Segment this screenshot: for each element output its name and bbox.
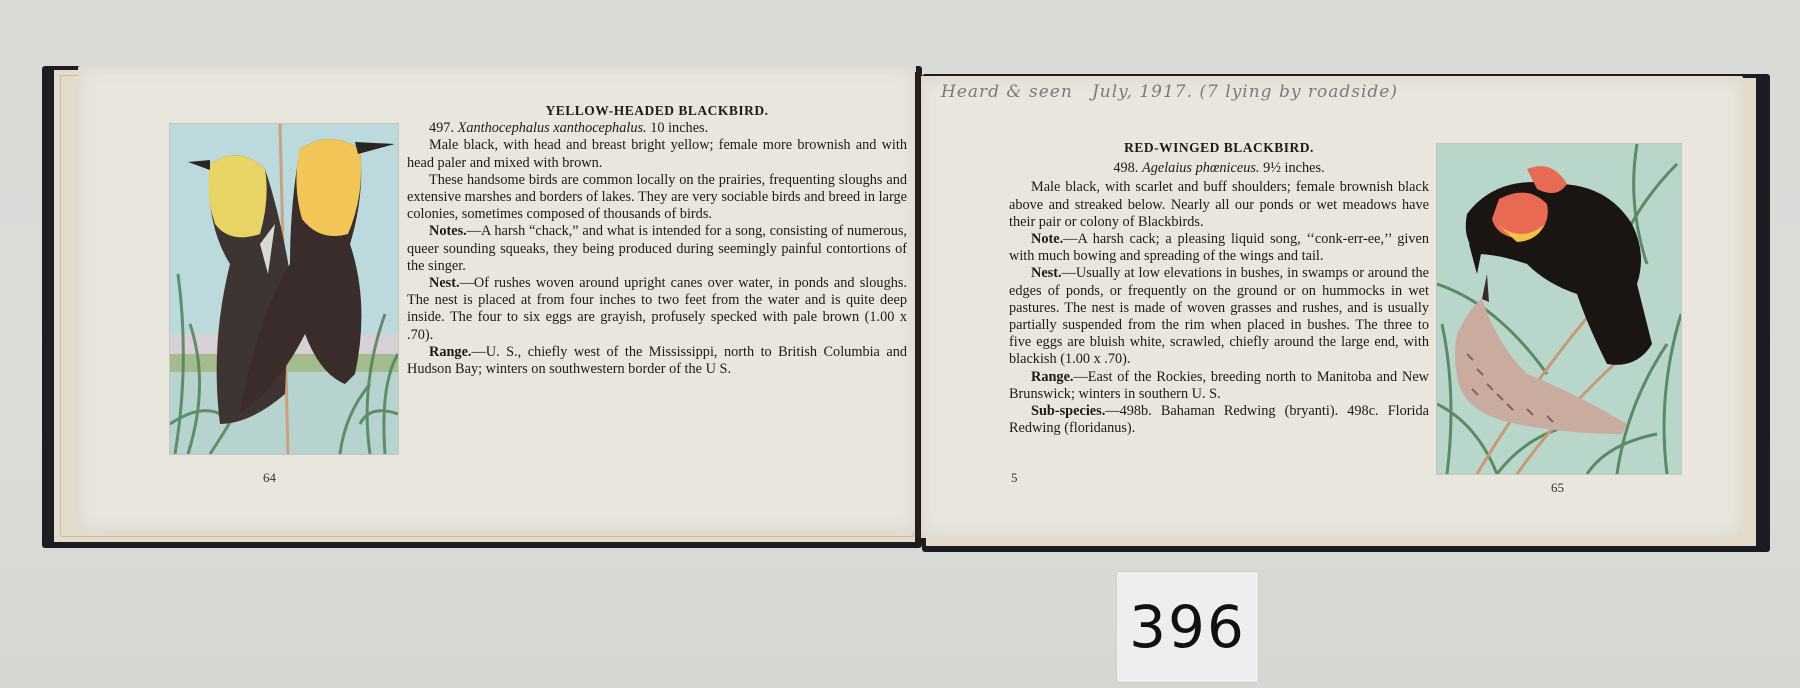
handwritten-note: Heard & seen July, 1917. (7 lying by roa… xyxy=(941,82,1398,102)
entry-range: Range.—East of the Rockies, breeding nor… xyxy=(1009,369,1429,403)
entry-note: Note.—A harsh cack; a pleasing liquid so… xyxy=(1009,231,1429,265)
red-winged-blackbird-entry: RED-WINGED BLACKBIRD. 498. Agelaius phœn… xyxy=(1009,139,1429,437)
range-text: —U. S., chiefly west of the Mississippi,… xyxy=(407,344,907,377)
bird-size: 9½ inches. xyxy=(1263,160,1325,176)
bird-size: 10 inches. xyxy=(650,120,708,136)
nest-label: Nest. xyxy=(429,275,460,291)
entry-description: Male black, with head and breast bright … xyxy=(407,137,907,171)
nest-text: —Usually at low elevations in bushes, in… xyxy=(1009,265,1429,367)
entry-habits: These handsome birds are common locally … xyxy=(407,172,907,224)
red-winged-blackbird-plate xyxy=(1437,144,1681,474)
yellow-headed-blackbird-illustration-icon xyxy=(170,124,398,454)
entry-notes: Notes.—A harsh “chack,” and what is inte… xyxy=(407,223,907,275)
nest-label: Nest. xyxy=(1031,265,1062,281)
notes-text: —A harsh “chack,” and what is intended f… xyxy=(407,223,907,273)
range-label: Range. xyxy=(1031,369,1074,385)
page-number-right: 65 xyxy=(1551,480,1564,496)
left-page: 64 YELLOW-HEADED BLACKBIRD. 497. Xanthoc… xyxy=(78,66,916,532)
scientific-name: Xanthocephalus xanthocephalus. xyxy=(458,120,647,136)
right-page: Heard & seen July, 1917. (7 lying by roa… xyxy=(921,76,1743,538)
entry-header-line: 498. Agelaius phœniceus. 9½ inches. xyxy=(1009,160,1429,177)
range-label: Range. xyxy=(429,344,472,360)
lot-number-card: 396 xyxy=(1117,572,1258,682)
book-gutter xyxy=(915,72,920,542)
entry-number: 497. xyxy=(429,120,454,136)
lot-number: 396 xyxy=(1129,593,1246,661)
yellow-headed-blackbird-entry: YELLOW-HEADED BLACKBIRD. 497. Xanthoceph… xyxy=(407,102,907,378)
entry-subspecies: Sub-species.—498b. Bahaman Redwing (brya… xyxy=(1009,403,1429,437)
entry-header-line: 497. Xanthocephalus xanthocephalus. 10 i… xyxy=(407,120,907,137)
scientific-name: Agelaius phœniceus. xyxy=(1142,160,1260,176)
subspecies-label: Sub-species. xyxy=(1031,403,1105,419)
entry-title: RED-WINGED BLACKBIRD. xyxy=(1009,139,1429,156)
entry-number: 498. xyxy=(1113,160,1138,176)
nest-text: —Of rushes woven around upright canes ov… xyxy=(407,275,907,343)
notes-label: Notes. xyxy=(429,223,467,239)
note-label: Note. xyxy=(1031,231,1063,247)
footer-signature-mark: 5 xyxy=(1011,470,1018,486)
entry-title: YELLOW-HEADED BLACKBIRD. xyxy=(407,102,907,119)
entry-description: Male black, with scarlet and buff should… xyxy=(1009,179,1429,231)
entry-nest: Nest.—Of rushes woven around upright can… xyxy=(407,275,907,344)
entry-nest: Nest.—Usually at low elevations in bushe… xyxy=(1009,265,1429,368)
yellow-headed-blackbird-plate xyxy=(170,124,398,454)
note-text: —A harsh cack; a pleasing liquid song, ‘… xyxy=(1009,231,1429,264)
page-number-left: 64 xyxy=(263,470,276,486)
entry-range: Range.—U. S., chiefly west of the Missis… xyxy=(407,344,907,378)
red-winged-blackbird-illustration-icon xyxy=(1437,144,1681,474)
